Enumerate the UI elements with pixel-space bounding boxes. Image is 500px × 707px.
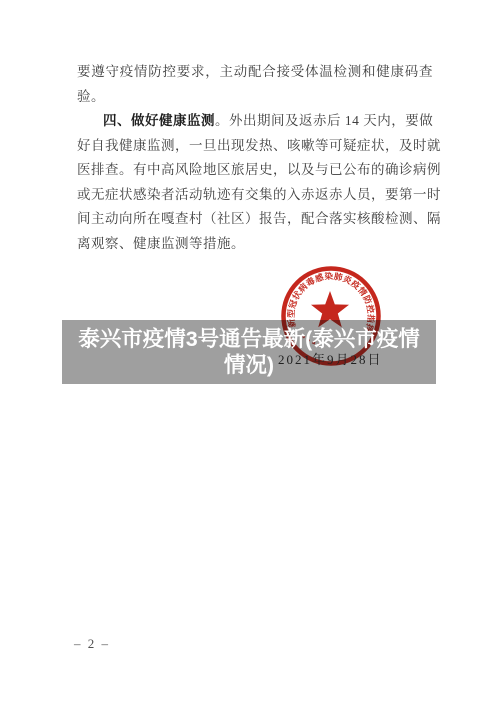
body-text-line: 好自我健康监测，一旦出现发热、咳嗽等可疑症状，及时就 <box>77 134 433 159</box>
body-text-segment: 。外出期间及返赤后 14 天内，要做 <box>215 113 433 128</box>
body-text: 要遵守疫情防控要求，主动配合接受体温检测和健康码查 验。 四、做好健康监测。外出… <box>77 60 433 256</box>
title-overlay-banner: 泰兴市疫情3号通告最新(泰兴市疫情 情况) <box>62 320 436 384</box>
body-text-line: 间主动向所在嘎查村（社区）报告，配合落实核酸检测、隔 <box>77 207 433 232</box>
body-text-line: 或无症状感染者活动轨迹有交集的入赤返赤人员，要第一时 <box>77 183 433 208</box>
body-text-line: 离观察、健康监测等措施。 <box>77 232 433 257</box>
paragraph-heading: 四、做好健康监测 <box>103 113 215 128</box>
overlay-title-line-2: 情况) <box>224 352 274 378</box>
page-number: – 2 – <box>74 636 110 652</box>
body-text-line: 要遵守疫情防控要求，主动配合接受体温检测和健康码查 <box>77 60 433 85</box>
document-page: 要遵守疫情防控要求，主动配合接受体温检测和健康码查 验。 四、做好健康监测。外出… <box>0 0 500 707</box>
body-text-line: 验。 <box>77 85 433 110</box>
body-text-line: 四、做好健康监测。外出期间及返赤后 14 天内，要做 <box>77 109 433 134</box>
body-text-line: 医排查。有中高风险地区旅居史，以及与已公布的确诊病例 <box>77 158 433 183</box>
overlay-title-line-1: 泰兴市疫情3号通告最新(泰兴市疫情 <box>78 326 420 352</box>
